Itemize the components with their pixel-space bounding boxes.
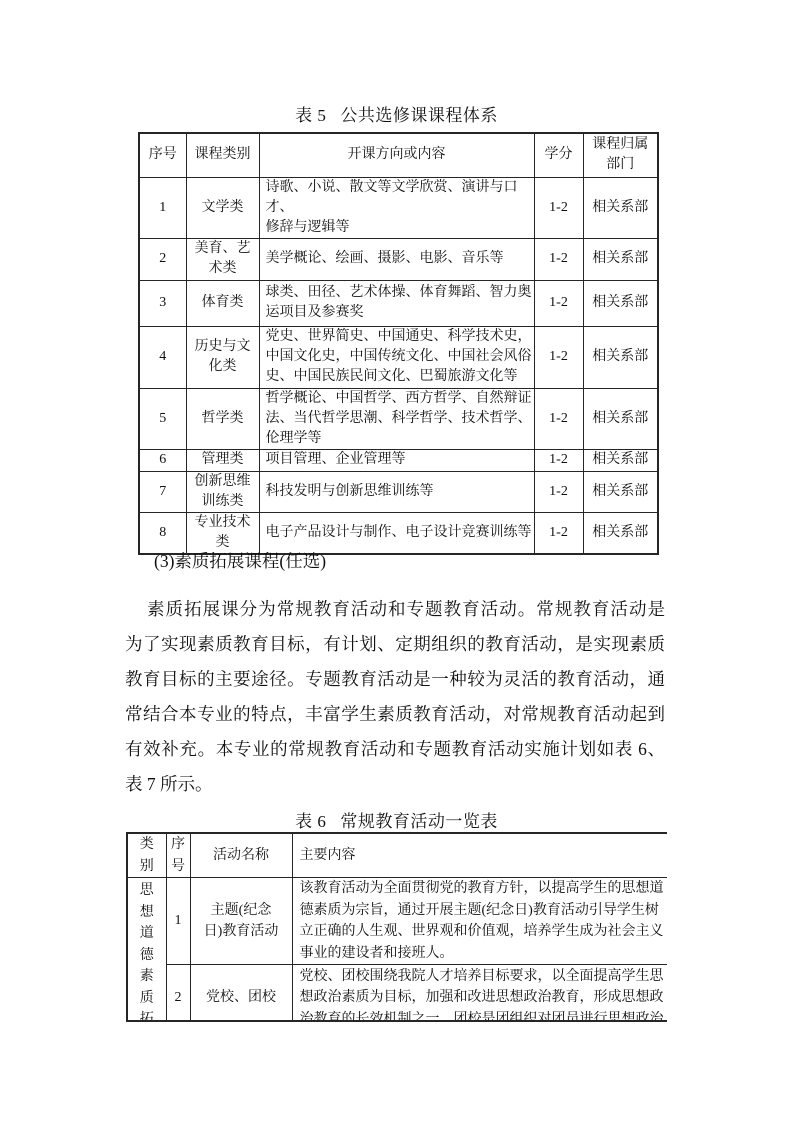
paragraph-line: 教育目标的主要途径。专题教育活动是一种较为灵活的教育活动，通 bbox=[125, 662, 665, 697]
table-row: 3 体育类 球类、田径、艺术体操、体育舞蹈、智力奥 运项目及参赛奖 1-2 相关… bbox=[139, 280, 658, 326]
paragraph-line: 为了实现素质教育目标，有计划、定期组织的教育活动，是实现素质 bbox=[125, 627, 665, 662]
cell-main-content: 党校、团校围绕我院人才培养目标要求，以全面提高学生思 想政治素质为目标，加强和改… bbox=[292, 965, 667, 1023]
cell-credit: 1-2 bbox=[534, 388, 583, 449]
cell-dept: 相关系部 bbox=[583, 326, 658, 388]
paragraph-line: 有效补充。本专业的常规教育活动和专题教育活动实施计划如表 6、 bbox=[125, 732, 665, 767]
cell-dept: 相关系部 bbox=[583, 388, 658, 449]
section-heading: (3)素质拓展课程(任选) bbox=[154, 549, 326, 573]
document-page: 表 5公共选修课课程体系 序号 课程类别 开课方向或内容 学分 课程归属部门 1… bbox=[0, 0, 793, 1122]
cell-category-vertical: 思想道德素质拓 bbox=[127, 878, 166, 1023]
cell-category: 管理类 bbox=[186, 449, 259, 471]
table-row: 1 文学类 诗歌、小说、散文等文学欣赏、演讲与口才、 修辞与逻辑等 1-2 相关… bbox=[139, 177, 658, 238]
category-vertical-text: 思想道德素质拓 bbox=[139, 880, 154, 1022]
table-row: 2 党校、团校 党校、团校围绕我院人才培养目标要求，以全面提高学生思 想政治素质… bbox=[127, 965, 667, 1023]
table5-title: 表 5公共选修课课程体系 bbox=[0, 105, 793, 127]
cell-content: 美学概论、绘画、摄影、电影、音乐等 bbox=[259, 238, 534, 280]
cell-main-content: 该教育活动为全面贯彻党的教育方针，以提高学生的思想道 德素质为宗旨，通过开展主题… bbox=[292, 878, 667, 965]
cell-credit: 1-2 bbox=[534, 449, 583, 471]
header-seq: 序号 bbox=[166, 833, 190, 878]
body-paragraph: 素质拓展课分为常规教育活动和专题教育活动。常规教育活动是 为了实现素质教育目标，… bbox=[125, 592, 665, 802]
cell-seq: 2 bbox=[166, 965, 190, 1023]
table-row: 5 哲学类 哲学概论、中国哲学、西方哲学、自然辩证 法、当代哲学思潮、科学哲学、… bbox=[139, 388, 658, 449]
cell-credit: 1-2 bbox=[534, 326, 583, 388]
header-category: 课程类别 bbox=[186, 133, 259, 177]
cell-dept: 相关系部 bbox=[583, 280, 658, 326]
header-main-content: 主要内容 bbox=[292, 833, 667, 878]
table6-title-label: 表 6 bbox=[295, 812, 326, 831]
table6-header-row: 类别 序号 活动名称 主要内容 bbox=[127, 833, 667, 878]
header-dept: 课程归属部门 bbox=[583, 133, 658, 177]
paragraph-line: 常结合本专业的特点，丰富学生素质教育活动，对常规教育活动起到 bbox=[125, 697, 665, 732]
cell-credit: 1-2 bbox=[534, 177, 583, 238]
table-row: 6 管理类 项目管理、企业管理等 1-2 相关系部 bbox=[139, 449, 658, 471]
table5-public-electives: 序号 课程类别 开课方向或内容 学分 课程归属部门 1 文学类 诗歌、小说、散文… bbox=[138, 132, 659, 555]
header-content: 开课方向或内容 bbox=[259, 133, 534, 177]
cell-category: 体育类 bbox=[186, 280, 259, 326]
cell-category: 专业技术类 bbox=[186, 512, 259, 554]
cell-credit: 1-2 bbox=[534, 280, 583, 326]
cell-seq: 1 bbox=[166, 878, 190, 965]
cell-category: 哲学类 bbox=[186, 388, 259, 449]
cell-content: 球类、田径、艺术体操、体育舞蹈、智力奥 运项目及参赛奖 bbox=[259, 280, 534, 326]
cell-category: 美育、艺术类 bbox=[186, 238, 259, 280]
cell-category: 历史与文化类 bbox=[186, 326, 259, 388]
table5-title-text: 公共选修课课程体系 bbox=[340, 106, 498, 125]
cell-seq: 2 bbox=[139, 238, 186, 280]
cell-content: 党史、世界简史、中国通史、科学技术史， 中国文化史，中国传统文化、中国社会风俗 … bbox=[259, 326, 534, 388]
cell-category: 文学类 bbox=[186, 177, 259, 238]
cell-category: 创新思维训练类 bbox=[186, 471, 259, 512]
cell-content: 科技发明与创新思维训练等 bbox=[259, 471, 534, 512]
table6-regular-activities: 类别 序号 活动名称 主要内容 思想道德素质拓 1 主题(纪念 日)教育活动 该… bbox=[126, 832, 667, 1022]
cell-seq: 3 bbox=[139, 280, 186, 326]
table6-title: 表 6常规教育活动一览表 bbox=[0, 811, 793, 833]
table-row: 4 历史与文化类 党史、世界简史、中国通史、科学技术史， 中国文化史，中国传统文… bbox=[139, 326, 658, 388]
cell-dept: 相关系部 bbox=[583, 177, 658, 238]
table5-title-label: 表 5 bbox=[295, 106, 326, 125]
cell-credit: 1-2 bbox=[534, 238, 583, 280]
header-activity-name: 活动名称 bbox=[190, 833, 292, 878]
paragraph-line: 表 7 所示。 bbox=[125, 767, 665, 802]
header-credit: 学分 bbox=[534, 133, 583, 177]
header-category-text: 类别 bbox=[139, 834, 154, 877]
cell-content: 电子产品设计与制作、电子设计竞赛训练等 bbox=[259, 512, 534, 554]
cell-dept: 相关系部 bbox=[583, 449, 658, 471]
cell-seq: 8 bbox=[139, 512, 186, 554]
header-seq: 序号 bbox=[139, 133, 186, 177]
paragraph-line: 素质拓展课分为常规教育活动和专题教育活动。常规教育活动是 bbox=[125, 592, 665, 627]
cell-activity-name: 党校、团校 bbox=[190, 965, 292, 1023]
header-category: 类别 bbox=[127, 833, 166, 878]
table-row: 8 专业技术类 电子产品设计与制作、电子设计竞赛训练等 1-2 相关系部 bbox=[139, 512, 658, 554]
cell-dept: 相关系部 bbox=[583, 238, 658, 280]
cell-credit: 1-2 bbox=[534, 471, 583, 512]
cell-seq: 5 bbox=[139, 388, 186, 449]
cell-content: 哲学概论、中国哲学、西方哲学、自然辩证 法、当代哲学思潮、科学哲学、技术哲学、 … bbox=[259, 388, 534, 449]
header-seq-text: 序号 bbox=[171, 834, 186, 877]
table6-clip-region: 类别 序号 活动名称 主要内容 思想道德素质拓 1 主题(纪念 日)教育活动 该… bbox=[126, 832, 667, 1022]
cell-content: 项目管理、企业管理等 bbox=[259, 449, 534, 471]
cell-dept: 相关系部 bbox=[583, 471, 658, 512]
table5-header-row: 序号 课程类别 开课方向或内容 学分 课程归属部门 bbox=[139, 133, 658, 177]
table-row: 2 美育、艺术类 美学概论、绘画、摄影、电影、音乐等 1-2 相关系部 bbox=[139, 238, 658, 280]
cell-seq: 4 bbox=[139, 326, 186, 388]
cell-dept: 相关系部 bbox=[583, 512, 658, 554]
table6-title-text: 常规教育活动一览表 bbox=[340, 812, 498, 831]
cell-seq: 1 bbox=[139, 177, 186, 238]
cell-seq: 6 bbox=[139, 449, 186, 471]
cell-seq: 7 bbox=[139, 471, 186, 512]
table-row: 7 创新思维训练类 科技发明与创新思维训练等 1-2 相关系部 bbox=[139, 471, 658, 512]
cell-credit: 1-2 bbox=[534, 512, 583, 554]
cell-activity-name: 主题(纪念 日)教育活动 bbox=[190, 878, 292, 965]
table-row: 思想道德素质拓 1 主题(纪念 日)教育活动 该教育活动为全面贯彻党的教育方针，… bbox=[127, 878, 667, 965]
cell-content: 诗歌、小说、散文等文学欣赏、演讲与口才、 修辞与逻辑等 bbox=[259, 177, 534, 238]
